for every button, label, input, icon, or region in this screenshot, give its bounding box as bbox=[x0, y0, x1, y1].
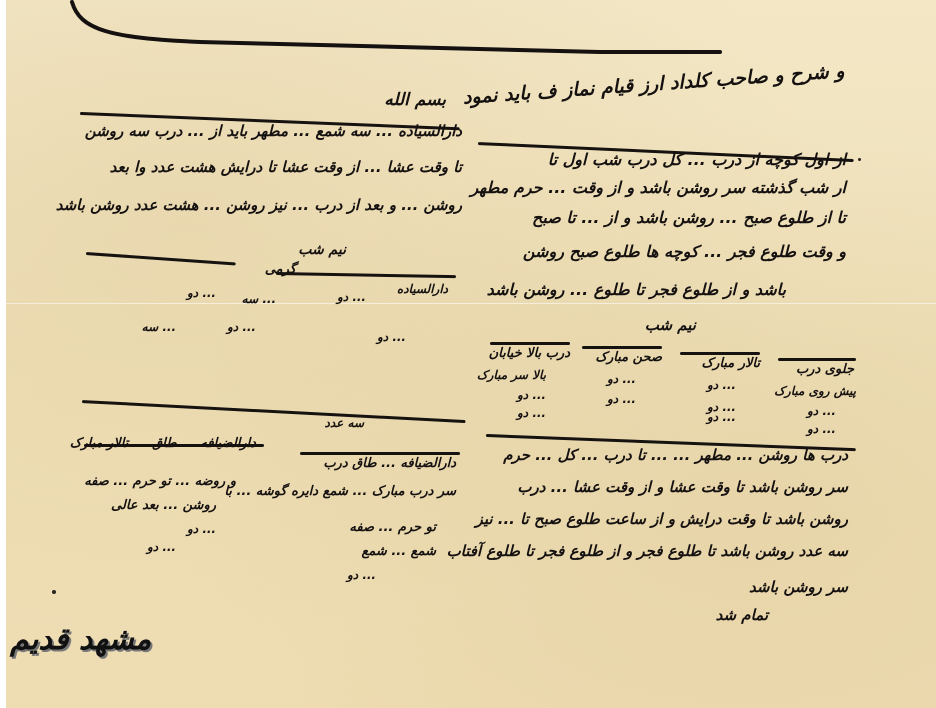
text-line: تا وقت عشا ... از وقت عشا تا درایش هشت ع… bbox=[110, 158, 462, 176]
count-cell: ... دو bbox=[347, 568, 376, 582]
count-cell: ... سه bbox=[242, 292, 276, 306]
count-cell: ... دو bbox=[337, 290, 366, 304]
table-header: جلوی درب bbox=[796, 362, 854, 377]
ink-speck bbox=[858, 158, 861, 161]
text-line: شمع ... شمع bbox=[361, 544, 436, 559]
text-line: سر درب مبارک ... شمع دایره گوشه ... با bbox=[224, 484, 456, 499]
table-cell: ... دو bbox=[607, 392, 636, 406]
text-line: تو حرم ... صفه bbox=[349, 520, 436, 535]
text-line: سر روشن باشد bbox=[749, 578, 848, 596]
count-cell: دارالسیاده bbox=[397, 282, 448, 296]
table-header: تالار مبارک bbox=[701, 356, 760, 371]
text-line: سر روشن باشد تا وقت عشا و از وقت عشا ...… bbox=[517, 478, 848, 496]
subheading: سه عدد bbox=[325, 416, 364, 430]
overline bbox=[300, 452, 460, 455]
text-line: روشن ... و بعد از درب ... نیز روشن ... ه… bbox=[56, 196, 462, 214]
column-overline bbox=[680, 352, 760, 355]
text-line: سه عدد روشن باشد تا طلوع فجر و از طلوع ف… bbox=[447, 542, 848, 560]
table-cell: ... دو bbox=[707, 410, 736, 424]
count-cell: ... دو bbox=[147, 540, 176, 554]
overline bbox=[276, 272, 456, 278]
ink-speck bbox=[52, 590, 56, 594]
text-line: و وقت طلوع فجر ... کوچه ها طلوع صبح روشن bbox=[523, 242, 846, 261]
paper-fold bbox=[0, 303, 936, 304]
count-cell: ... دو bbox=[227, 320, 256, 334]
subheading: نیم شب bbox=[645, 316, 696, 334]
column-overline bbox=[582, 346, 662, 349]
scan-edge bbox=[0, 0, 6, 708]
count-cell: ... دو bbox=[187, 286, 216, 300]
table-cell: ... دو bbox=[807, 404, 836, 418]
table-cell: ... دو bbox=[517, 388, 546, 402]
text-line: دارالسیاده ... سه شمع ... مطهر باید از .… bbox=[85, 122, 462, 140]
table-header: صحن مبارک bbox=[595, 350, 662, 365]
footer-mark: تمام شد bbox=[716, 606, 768, 624]
count-cell: ... دو bbox=[377, 330, 406, 344]
text-line: دارالضیافه ... طاق ... تالار مبارک bbox=[70, 436, 256, 451]
table-cell: ... دو bbox=[807, 422, 836, 436]
column-overline bbox=[778, 358, 856, 361]
table-cell: بالا سر مبارک bbox=[477, 368, 546, 382]
overline bbox=[82, 400, 466, 423]
text-line: ار شب گذشته سر روشن باشد و از وقت ... حر… bbox=[470, 178, 846, 197]
overline bbox=[86, 252, 236, 265]
text-line: دارالضیافه ... طاق درب bbox=[323, 456, 456, 471]
text-line: از اول کوچه از درب ... کل درب شب اول تا bbox=[548, 150, 846, 169]
text-line: تا از طلوع صبح ... روشن باشد و از ... تا… bbox=[532, 208, 846, 227]
table-cell: ... دو bbox=[517, 406, 546, 420]
text-line: روشن ... بعد عالی bbox=[111, 498, 216, 513]
text-line: روشن باشد تا وقت درایش و از ساعت طلوع صب… bbox=[476, 510, 848, 528]
text-line: و روضه ... تو حرم ... صفه bbox=[84, 474, 236, 489]
text-line: باشد و از طلوع فجر تا طلوع ... روشن باشد bbox=[487, 280, 786, 299]
watermark-logo: مشهد قدیم bbox=[10, 622, 151, 657]
header-title: بسم الله bbox=[384, 90, 446, 110]
count-cell: ... سه bbox=[142, 320, 176, 334]
table-cell: ... دو bbox=[707, 378, 736, 392]
subheading: نیم شب bbox=[298, 242, 346, 258]
table-cell: ... دو bbox=[607, 372, 636, 386]
text-line: درب ها روشن ... مطهر ... ... تا درب ... … bbox=[503, 446, 848, 464]
table-cell: پیش روی مبارک bbox=[774, 384, 856, 398]
count-cell: ... دو bbox=[187, 522, 216, 536]
table-header: درب بالا خیابان bbox=[489, 346, 570, 361]
manuscript-page: و شرح و صاحب کلداد ارز قیام نماز ف باید … bbox=[0, 0, 936, 708]
column-overline bbox=[490, 342, 570, 345]
